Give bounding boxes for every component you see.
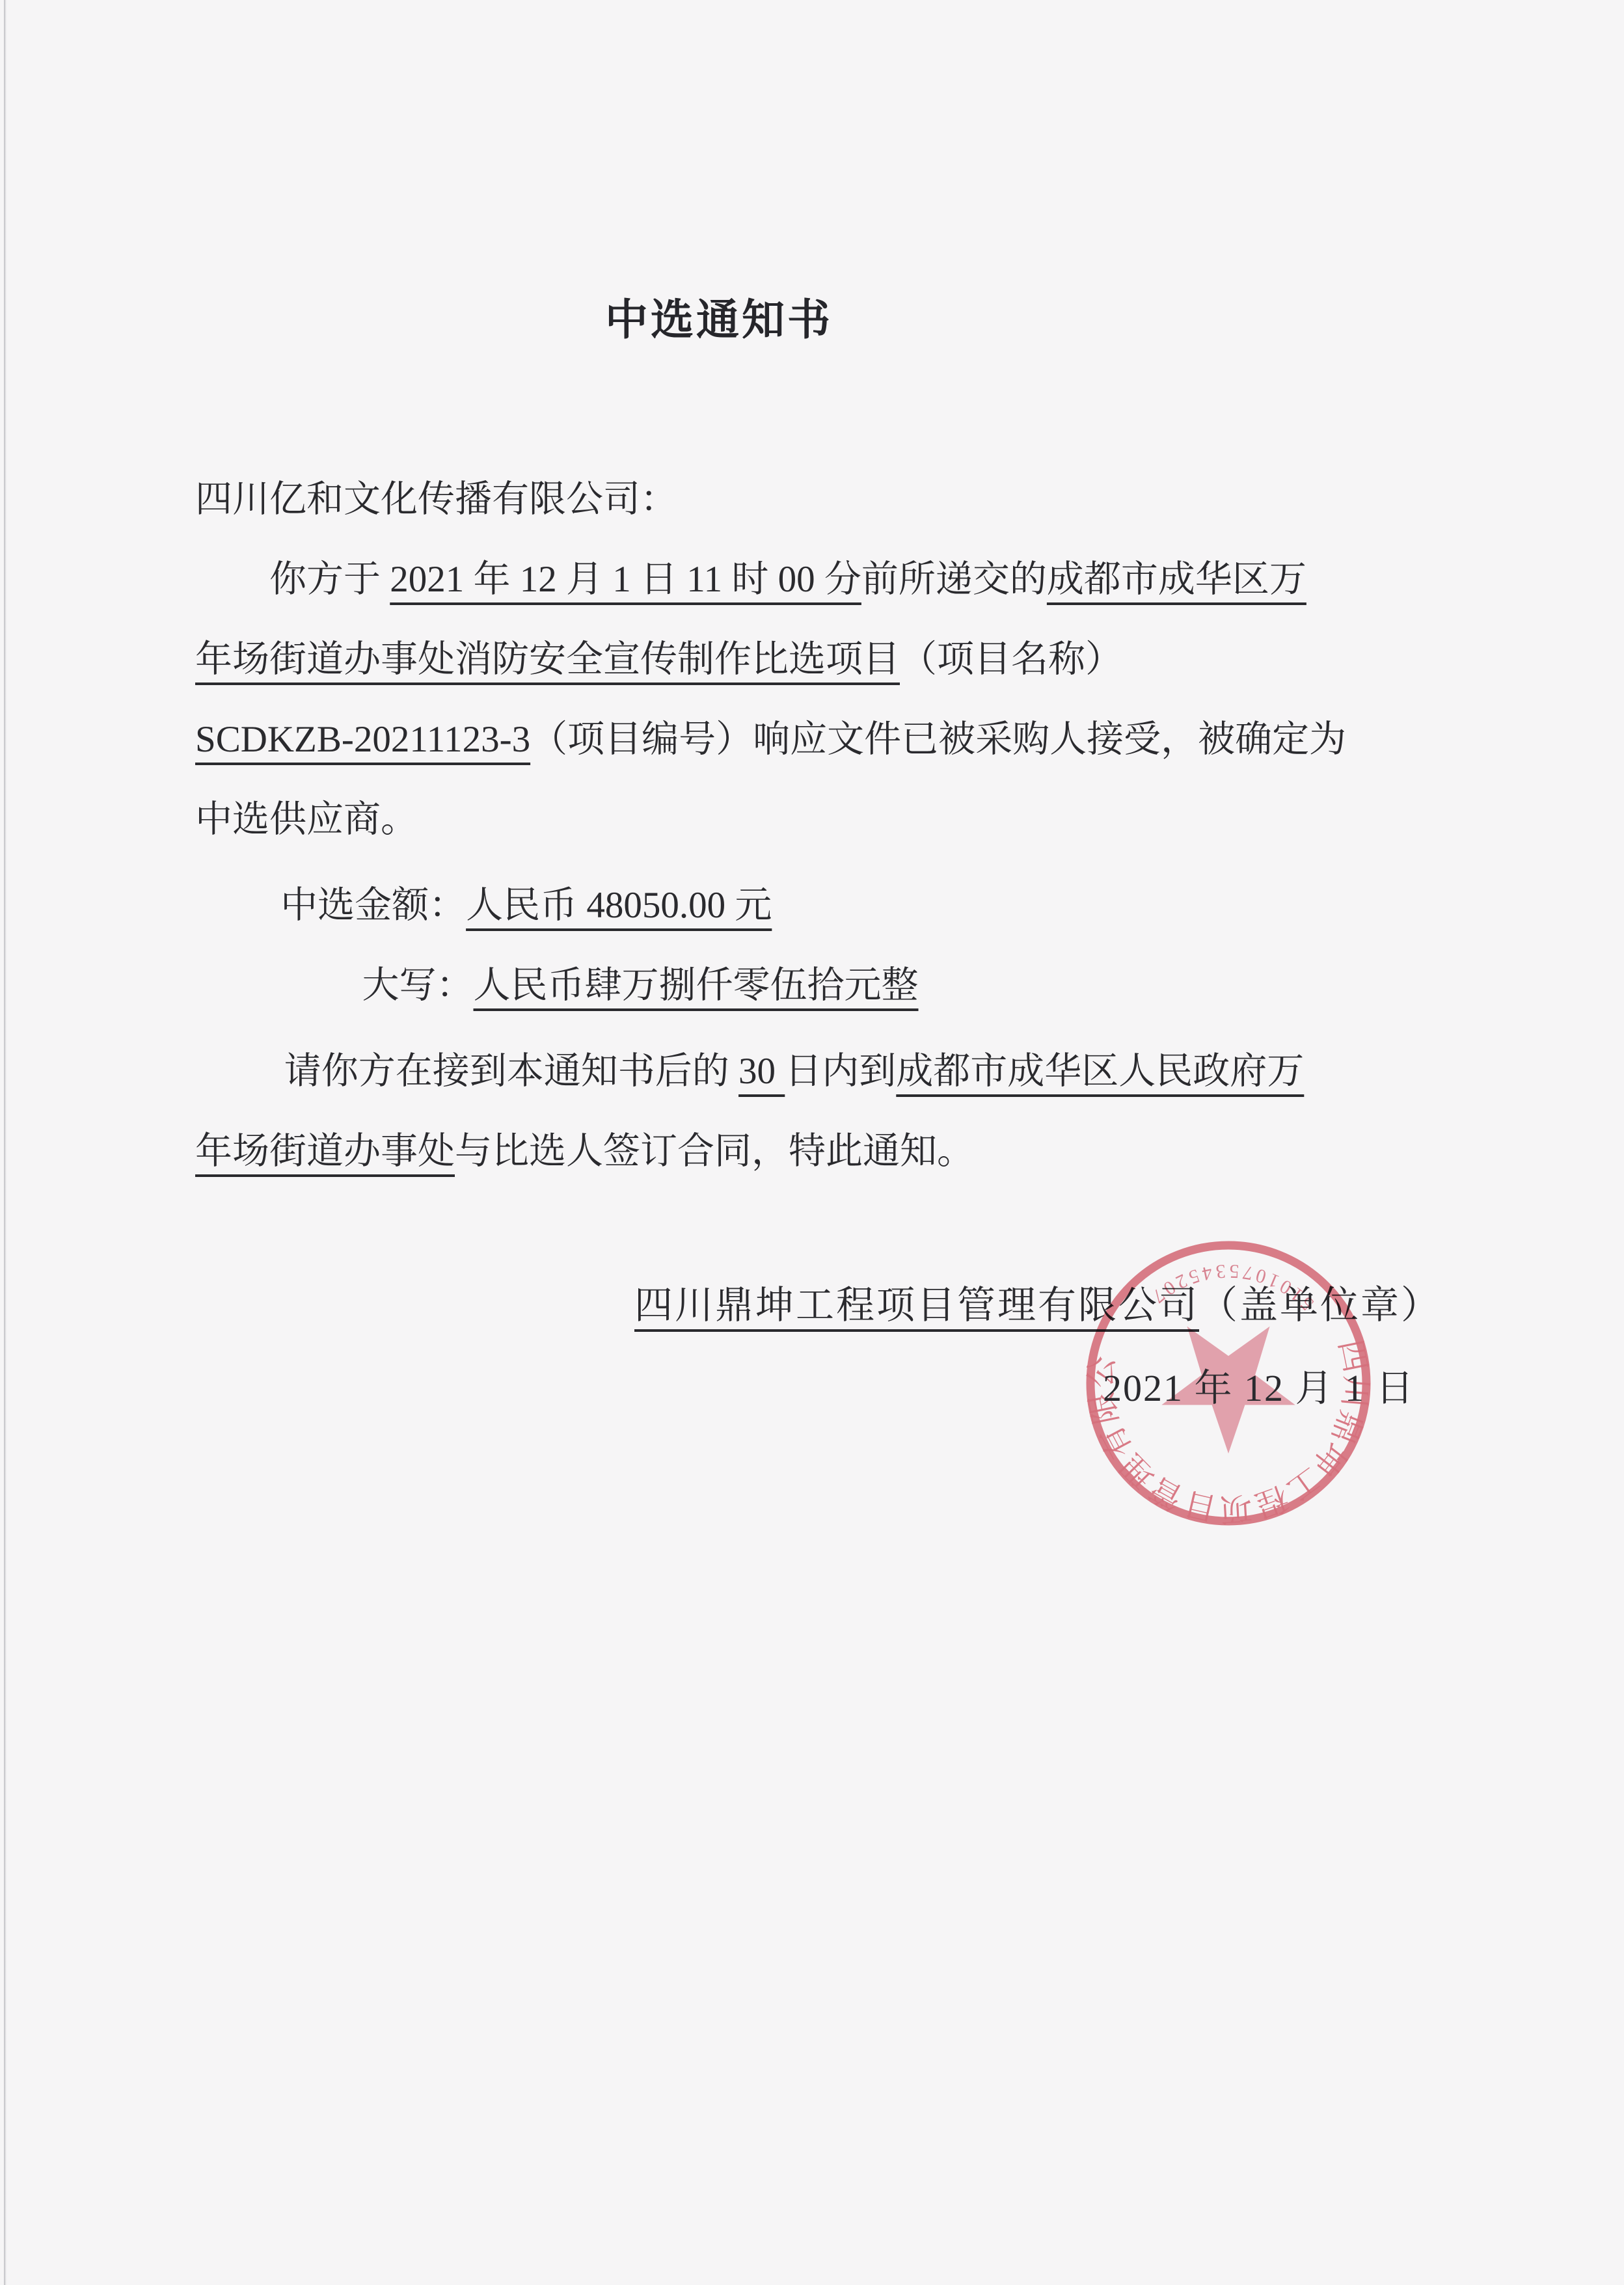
notice-body: 四川亿和文化传播有限公司：你方于 2021 年 12 月 1 日 11 时 00… <box>195 459 1444 1191</box>
text-segment: 前所递交的 <box>861 559 1047 600</box>
text-segment: 请你方在接到本通知书后的 <box>284 1051 738 1092</box>
text-line: 大写：人民币肆万捌仟零伍拾元整 <box>195 945 1444 1025</box>
text-line: 中选供应商。 <box>195 779 1444 859</box>
underlined-segment: 人民币肆万捌仟零伍拾元整 <box>474 965 919 1006</box>
underlined-segment: 年场街道办事处消防安全宣传制作比选项目 <box>195 639 900 680</box>
text-segment: （项目名称） <box>900 639 1122 680</box>
text-line: 你方于 2021 年 12 月 1 日 11 时 00 分前所递交的成都市成华区… <box>195 539 1444 619</box>
text-line: 中选金额：人民币 48050.00 元 <box>195 865 1444 945</box>
underlined-segment: 2021 年 12 月 1 日 11 时 00 分 <box>390 559 861 600</box>
underlined-segment: SCDKZB-20211123-3 <box>195 719 530 760</box>
seal-code-text: 5101075345207 <box>1144 1260 1318 1315</box>
text-segment: 你方于 <box>269 559 390 600</box>
text-line: 年场街道办事处消防安全宣传制作比选项目（项目名称） <box>195 619 1444 699</box>
text-segment: 与比选人签订合同，特此通知。 <box>455 1131 974 1172</box>
text-line: 年场街道办事处与比选人签订合同，特此通知。 <box>195 1111 1444 1191</box>
text-segment: （项目编号）响应文件已被采购人接受，被确定为 <box>530 719 1346 760</box>
text-segment: 日内到 <box>785 1051 896 1092</box>
text-segment: 大写： <box>362 965 474 1006</box>
underlined-segment: 年场街道办事处 <box>195 1131 455 1172</box>
issue-date: 2021 年 12 月 1 日 <box>1103 1357 1415 1412</box>
page-title: 中选通知书 <box>0 285 1438 347</box>
underlined-segment: 人民币 48050.00 元 <box>466 885 772 926</box>
underlined-segment: 成都市成华区万 <box>1047 559 1306 600</box>
text-segment: 四川亿和文化传播有限公司： <box>195 479 677 520</box>
text-segment: 中选供应商。 <box>195 799 418 840</box>
text-segment: 中选金额： <box>280 885 466 926</box>
text-line: 四川亿和文化传播有限公司： <box>195 459 1444 539</box>
svg-text:5101075345207: 5101075345207 <box>1144 1260 1318 1315</box>
scanned-notice-page: { "document": { "title": "中选通知书", "lines… <box>0 0 1624 2285</box>
underlined-segment: 30 <box>738 1051 785 1092</box>
underlined-segment: 成都市成华区人民政府万 <box>896 1051 1304 1092</box>
text-line: SCDKZB-20211123-3（项目编号）响应文件已被采购人接受，被确定为 <box>195 699 1444 779</box>
text-line: 请你方在接到本通知书后的 30 日内到成都市成华区人民政府万 <box>195 1031 1444 1111</box>
